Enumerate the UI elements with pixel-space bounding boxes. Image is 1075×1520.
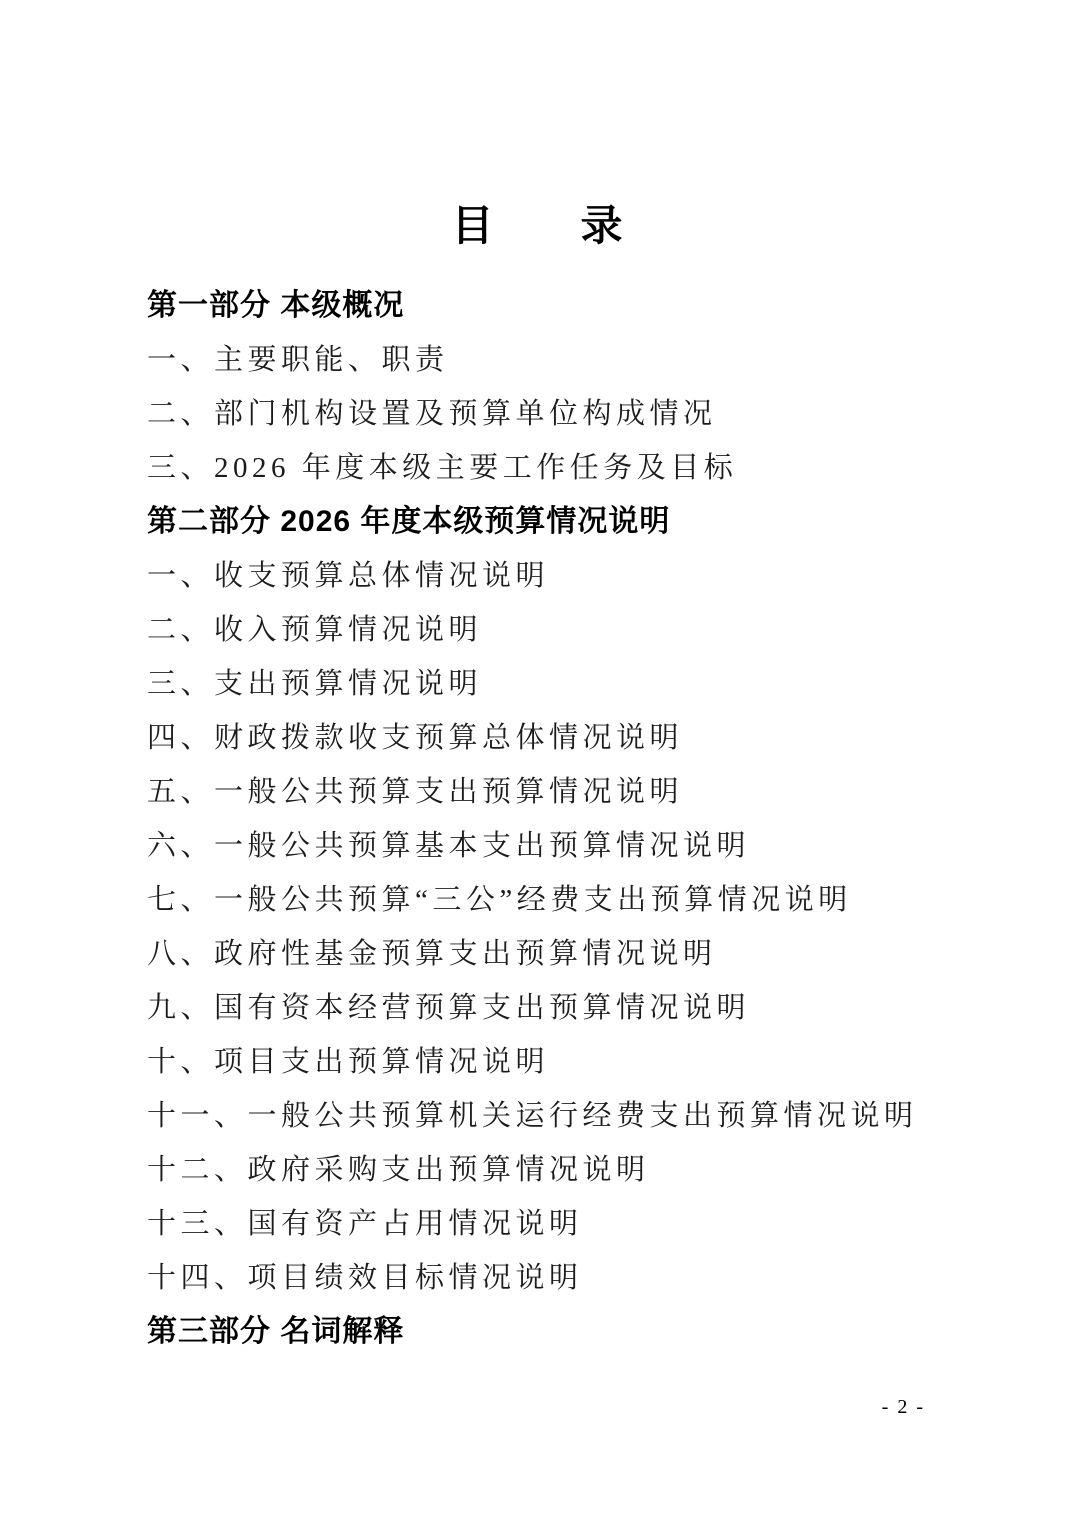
toc-entry: 十一、一般公共预算机关运行经费支出预算情况说明 xyxy=(147,1089,928,1143)
toc-part-heading: 第二部分 2026 年度本级预算情况说明 xyxy=(147,495,928,549)
toc-entry: 九、国有资本经营预算支出预算情况说明 xyxy=(147,981,928,1035)
toc-entry: 三、支出预算情况说明 xyxy=(147,657,928,711)
toc-entry: 十二、政府采购支出预算情况说明 xyxy=(147,1143,928,1197)
page-number: - 2 - xyxy=(882,1396,925,1419)
toc-entry: 八、政府性基金预算支出预算情况说明 xyxy=(147,927,928,981)
toc-entry: 四、财政拨款收支预算总体情况说明 xyxy=(147,711,928,765)
toc-entry: 二、收入预算情况说明 xyxy=(147,603,928,657)
toc-entry: 一、主要职能、职责 xyxy=(147,333,928,387)
toc-entry: 三、2026 年度本级主要工作任务及目标 xyxy=(147,441,928,495)
toc-entry: 十四、项目绩效目标情况说明 xyxy=(147,1251,928,1305)
document-content: 目 录 第一部分 本级概况 一、主要职能、职责 二、部门机构设置及预算单位构成情… xyxy=(147,0,928,1359)
table-of-contents: 第一部分 本级概况 一、主要职能、职责 二、部门机构设置及预算单位构成情况 三、… xyxy=(147,279,928,1359)
toc-part-heading: 第三部分 名词解释 xyxy=(147,1305,928,1359)
toc-entry: 一、收支预算总体情况说明 xyxy=(147,549,928,603)
toc-entry: 六、一般公共预算基本支出预算情况说明 xyxy=(147,819,928,873)
toc-part-heading: 第一部分 本级概况 xyxy=(147,279,928,333)
toc-entry: 七、一般公共预算“三公”经费支出预算情况说明 xyxy=(147,873,928,927)
toc-entry: 十三、国有资产占用情况说明 xyxy=(147,1197,928,1251)
toc-entry: 十、项目支出预算情况说明 xyxy=(147,1035,928,1089)
document-title: 目 录 xyxy=(147,204,928,250)
toc-entry: 二、部门机构设置及预算单位构成情况 xyxy=(147,387,928,441)
document-page: 目 录 第一部分 本级概况 一、主要职能、职责 二、部门机构设置及预算单位构成情… xyxy=(0,0,1075,1520)
toc-entry: 五、一般公共预算支出预算情况说明 xyxy=(147,765,928,819)
